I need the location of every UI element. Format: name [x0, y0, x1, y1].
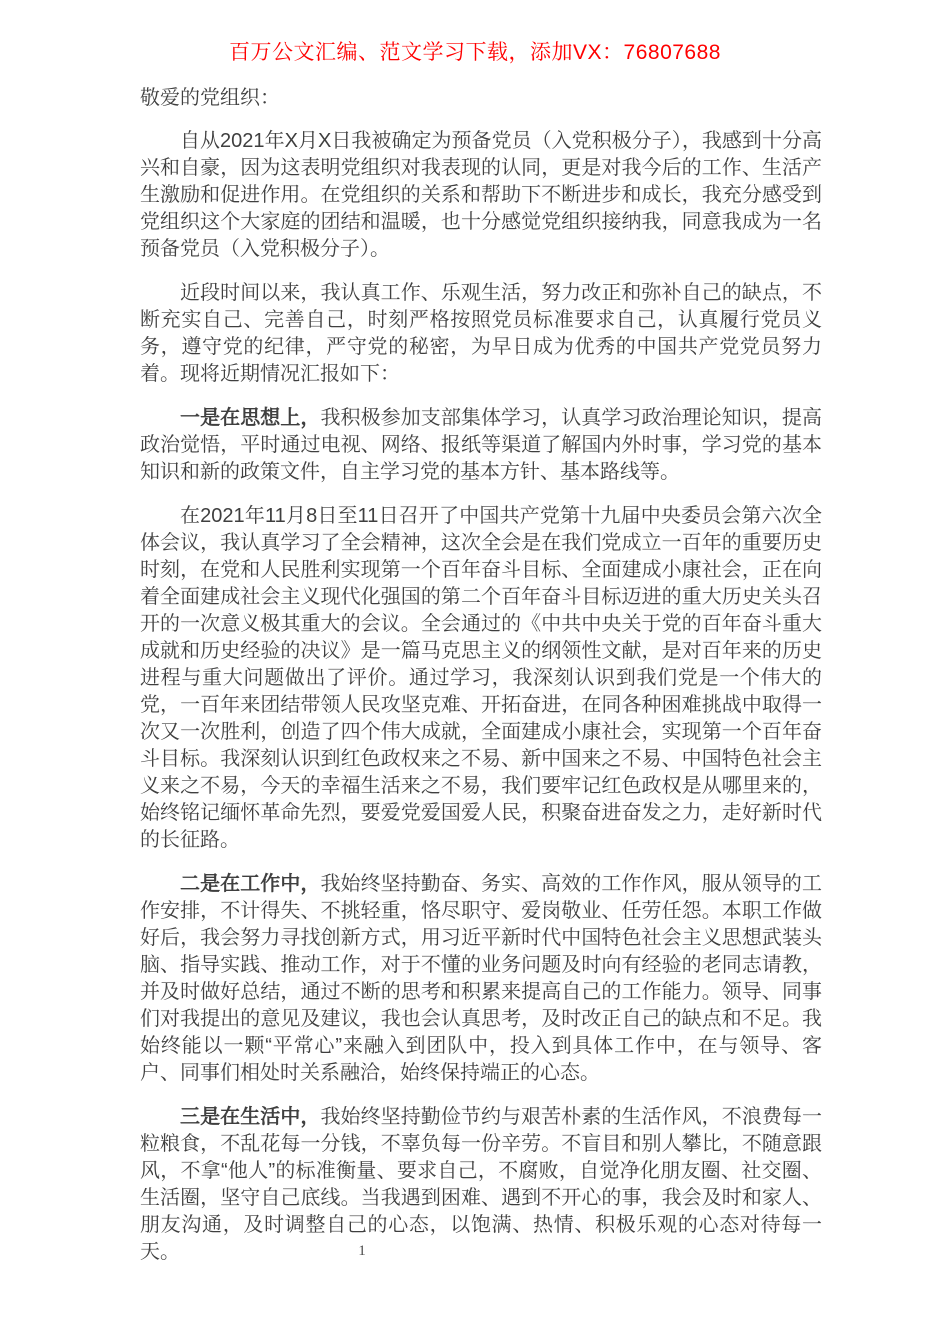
paragraph-text: 在2021年11月8日至11日召开了中国共产党第十九届中央委员会第六次全体会议，… [140, 505, 822, 851]
paragraph-text: 我始终坚持勤俭节约与艰苦朴素的生活作风，不浪费每一粒粮食，不乱花每一分钱，不辜负… [140, 1106, 822, 1263]
paragraph-lead: 二是在工作中， [180, 873, 320, 895]
salutation: 敬爱的党组织： [140, 85, 822, 112]
body-paragraph-life-section: 三是在生活中，我始终坚持勤俭节约与艰苦朴素的生活作风，不浪费每一粒粮食，不乱花每… [140, 1104, 822, 1266]
paragraph-text: 近段时间以来，我认真工作、乐观生活，努力改正和弥补自己的缺点，不断充实自己、完善… [140, 282, 822, 385]
page-number: 1 [350, 1243, 374, 1260]
paragraph-text: 自从2021年X月X日我被确定为预备党员（入党积极分子），我感到十分高兴和自豪，… [140, 130, 822, 260]
paragraph-lead: 三是在生活中， [180, 1106, 320, 1128]
document-body: 敬爱的党组织： 自从2021年X月X日我被确定为预备党员（入党积极分子），我感到… [140, 85, 822, 1283]
body-paragraph-work-section: 二是在工作中，我始终坚持勤奋、务实、高效的工作作风，服从领导的工作安排，不计得失… [140, 871, 822, 1087]
document-page: 百万公文汇编、范文学习下载，添加VX：76807688 敬爱的党组织： 自从20… [0, 0, 950, 1344]
body-paragraph-thought-section: 一是在思想上，我积极参加支部集体学习，认真学习政治理论知识，提高政治觉悟，平时通… [140, 405, 822, 486]
paragraph-text: 我始终坚持勤奋、务实、高效的工作作风，服从领导的工作安排，不计得失、不挑轻重，恪… [140, 873, 822, 1084]
body-paragraph: 近段时间以来，我认真工作、乐观生活，努力改正和弥补自己的缺点，不断充实自己、完善… [140, 280, 822, 388]
paragraph-lead: 一是在思想上， [180, 407, 320, 429]
promo-banner: 百万公文汇编、范文学习下载，添加VX：76807688 [0, 41, 950, 65]
body-paragraph: 在2021年11月8日至11日召开了中国共产党第十九届中央委员会第六次全体会议，… [140, 503, 822, 854]
body-paragraph: 自从2021年X月X日我被确定为预备党员（入党积极分子），我感到十分高兴和自豪，… [140, 128, 822, 263]
